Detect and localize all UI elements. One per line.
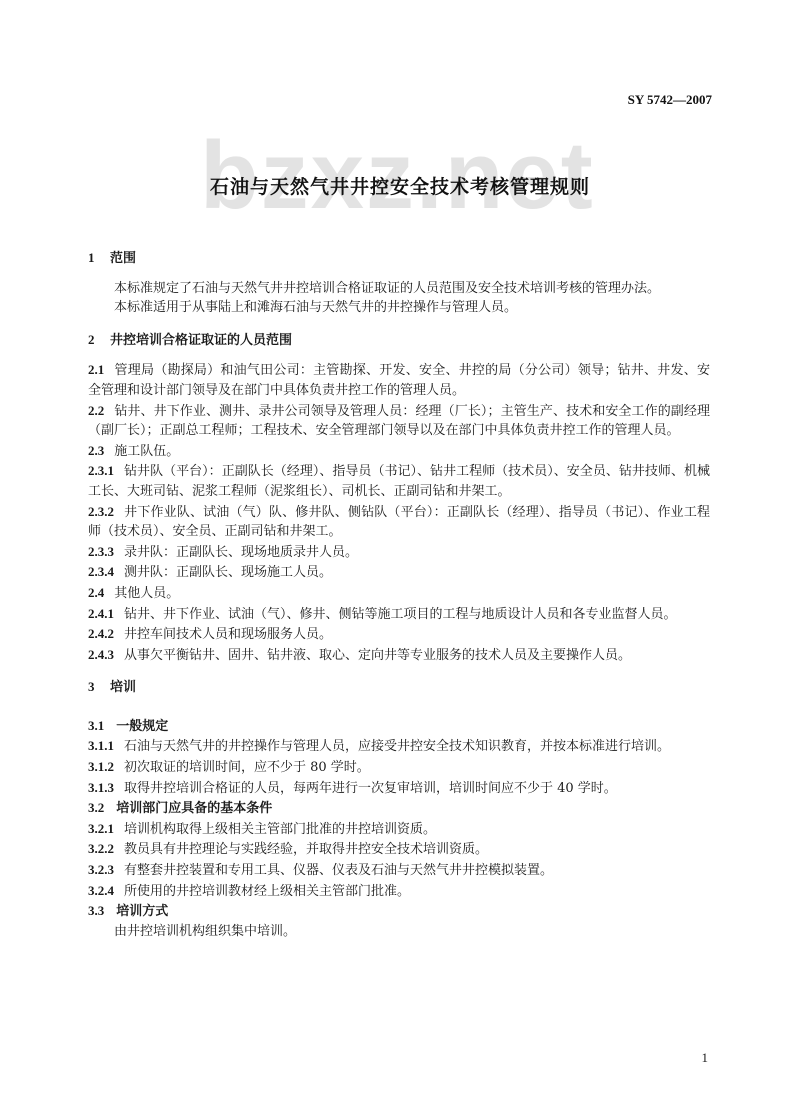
clause-number: 3.2.3 bbox=[88, 862, 114, 877]
clause-number: 2.3.4 bbox=[88, 564, 114, 579]
document-body: 1范围 本标准规定了石油与天然气井井控培训合格证取证的人员范围及安全技术培训考核… bbox=[88, 248, 710, 941]
clause: 2.4.3从事欠平衡钻井、固井、钻井液、取心、定向井等专业服务的技术人员及主要操… bbox=[88, 645, 710, 666]
clause-text: 所使用的井控培训教材经上级相关主管部门批准。 bbox=[124, 884, 410, 899]
clause-number: 2.3.3 bbox=[88, 544, 114, 559]
clause: 2.1管理局（勘探局）和油气田公司：主管勘探、开发、安全、井控的局（分公司）领导… bbox=[88, 360, 710, 400]
clause-number: 2.3.2 bbox=[88, 504, 114, 519]
clause-number: 3.1.3 bbox=[88, 780, 114, 795]
clause: 2.4.1钻井、井下作业、试油（气）、修井、侧钻等施工项目的工程与地质设计人员和… bbox=[88, 604, 710, 625]
clause-number: 2.3.1 bbox=[88, 463, 114, 478]
section-number: 1 bbox=[88, 248, 110, 268]
clause-text: 取得井控培训合格证的人员，每两年进行一次复审培训，培训时间应不少于 40 学时。 bbox=[124, 781, 617, 796]
clause: 3.2.3有整套井控装置和专用工具、仪器、仪表及石油与天然气井井控模拟装置。 bbox=[88, 860, 710, 881]
subsection-title: 培训部门应具备的基本条件 bbox=[116, 801, 272, 816]
clause-text: 培训机构取得上级相关主管部门批准的井控培训资质。 bbox=[124, 822, 436, 837]
clause-text: 测井队：正副队长、现场施工人员。 bbox=[124, 565, 332, 580]
clause-text: 井下作业队、试油（气）队、修井队、侧钻队（平台）：正副队长（经理）、指导员（书记… bbox=[88, 505, 710, 540]
clause: 3.2.1培训机构取得上级相关主管部门批准的井控培训资质。 bbox=[88, 819, 710, 840]
subsection-heading: 3.2培训部门应具备的基本条件 bbox=[88, 798, 710, 819]
clause-number: 2.4.3 bbox=[88, 647, 114, 662]
clause: 3.1.1石油与天然气井的井控操作与管理人员，应接受井控安全技术知识教育，并按本… bbox=[88, 736, 710, 757]
clause-number: 2.3 bbox=[88, 443, 104, 458]
clause: 2.3.4测井队：正副队长、现场施工人员。 bbox=[88, 562, 710, 583]
clause-text: 其他人员。 bbox=[114, 586, 179, 601]
clause-number: 3.1.1 bbox=[88, 738, 114, 753]
section-title: 井控培训合格证取证的人员范围 bbox=[110, 333, 292, 348]
clause: 2.2钻井、井下作业、测井、录井公司领导及管理人员：经理（厂长）；主管生产、技术… bbox=[88, 401, 710, 441]
paragraph: 本标准规定了石油与天然气井井控培训合格证取证的人员范围及安全技术培训考核的管理办… bbox=[88, 279, 710, 299]
paragraph: 由井控培训机构组织集中培训。 bbox=[88, 922, 710, 942]
clause-number: 2.4 bbox=[88, 585, 104, 600]
subsection-number: 3.1 bbox=[88, 718, 104, 733]
clause-number: 2.2 bbox=[88, 403, 104, 418]
subsection-number: 3.3 bbox=[88, 903, 104, 918]
standard-code: SY 5742—2007 bbox=[628, 92, 712, 108]
subsection-number: 3.2 bbox=[88, 800, 104, 815]
subsection-title: 培训方式 bbox=[116, 904, 168, 919]
clause-text: 钻井、井下作业、测井、录井公司领导及管理人员：经理（厂长）；主管生产、技术和安全… bbox=[88, 404, 710, 439]
clause: 2.3施工队伍。 bbox=[88, 441, 710, 462]
section-heading: 2井控培训合格证取证的人员范围 bbox=[88, 330, 710, 351]
clause: 2.3.1钻井队（平台）：正副队长（经理）、指导员（书记）、钻井工程师（技术员）… bbox=[88, 461, 710, 501]
clause-text: 初次取证的培训时间，应不少于 80 学时。 bbox=[124, 760, 370, 775]
clause: 3.1.3取得井控培训合格证的人员，每两年进行一次复审培训，培训时间应不少于 4… bbox=[88, 778, 710, 799]
section-title: 范围 bbox=[110, 251, 136, 266]
paragraph: 本标准适用于从事陆上和滩海石油与天然气井的井控操作与管理人员。 bbox=[88, 298, 710, 318]
clause-text: 管理局（勘探局）和油气田公司：主管勘探、开发、安全、井控的局（分公司）领导；钻井… bbox=[88, 363, 710, 398]
subsection-heading: 3.1一般规定 bbox=[88, 716, 710, 737]
section-heading: 3培训 bbox=[88, 677, 710, 698]
clause-text: 教员具有井控理论与实践经验，并取得井控安全技术培训资质。 bbox=[124, 842, 488, 857]
clause-text: 录井队：正副队长、现场地质录井人员。 bbox=[124, 545, 358, 560]
subsection-title: 一般规定 bbox=[116, 719, 168, 734]
section-heading: 1范围 bbox=[88, 248, 710, 269]
clause: 3.2.4所使用的井控培训教材经上级相关主管部门批准。 bbox=[88, 881, 710, 902]
section-number: 2 bbox=[88, 330, 110, 350]
clause-text: 钻井队（平台）：正副队长（经理）、指导员（书记）、钻井工程师（技术员）、安全员、… bbox=[88, 464, 710, 499]
clause: 3.1.2初次取证的培训时间，应不少于 80 学时。 bbox=[88, 757, 710, 778]
section-number: 3 bbox=[88, 677, 110, 697]
page-number: 1 bbox=[702, 1050, 709, 1066]
subsection-heading: 3.3培训方式 bbox=[88, 901, 710, 922]
clause-number: 2.4.2 bbox=[88, 626, 114, 641]
clause: 2.3.3录井队：正副队长、现场地质录井人员。 bbox=[88, 542, 710, 563]
clause-number: 2.4.1 bbox=[88, 606, 114, 621]
clause-text: 有整套井控装置和专用工具、仪器、仪表及石油与天然气井井控模拟装置。 bbox=[124, 863, 553, 878]
clause-number: 3.2.1 bbox=[88, 821, 114, 836]
clause-text: 施工队伍。 bbox=[114, 444, 179, 459]
clause: 2.4其他人员。 bbox=[88, 583, 710, 604]
clause-number: 3.2.4 bbox=[88, 883, 114, 898]
section-title: 培训 bbox=[110, 680, 136, 695]
clause: 2.3.2井下作业队、试油（气）队、修井队、侧钻队（平台）：正副队长（经理）、指… bbox=[88, 502, 710, 542]
clause-text: 井控车间技术人员和现场服务人员。 bbox=[124, 627, 332, 642]
clause-text: 石油与天然气井的井控操作与管理人员，应接受井控安全技术知识教育，并按本标准进行培… bbox=[124, 739, 670, 754]
clause-text: 钻井、井下作业、试油（气）、修井、侧钻等施工项目的工程与地质设计人员和各专业监督… bbox=[124, 607, 677, 622]
document-title: 石油与天然气井井控安全技术考核管理规则 bbox=[0, 172, 800, 199]
clause: 2.4.2井控车间技术人员和现场服务人员。 bbox=[88, 624, 710, 645]
clause: 3.2.2教员具有井控理论与实践经验，并取得井控安全技术培训资质。 bbox=[88, 839, 710, 860]
clause-number: 3.1.2 bbox=[88, 759, 114, 774]
clause-text: 从事欠平衡钻井、固井、钻井液、取心、定向井等专业服务的技术人员及主要操作人员。 bbox=[124, 648, 631, 663]
clause-number: 2.1 bbox=[88, 362, 104, 377]
clause-number: 3.2.2 bbox=[88, 841, 114, 856]
